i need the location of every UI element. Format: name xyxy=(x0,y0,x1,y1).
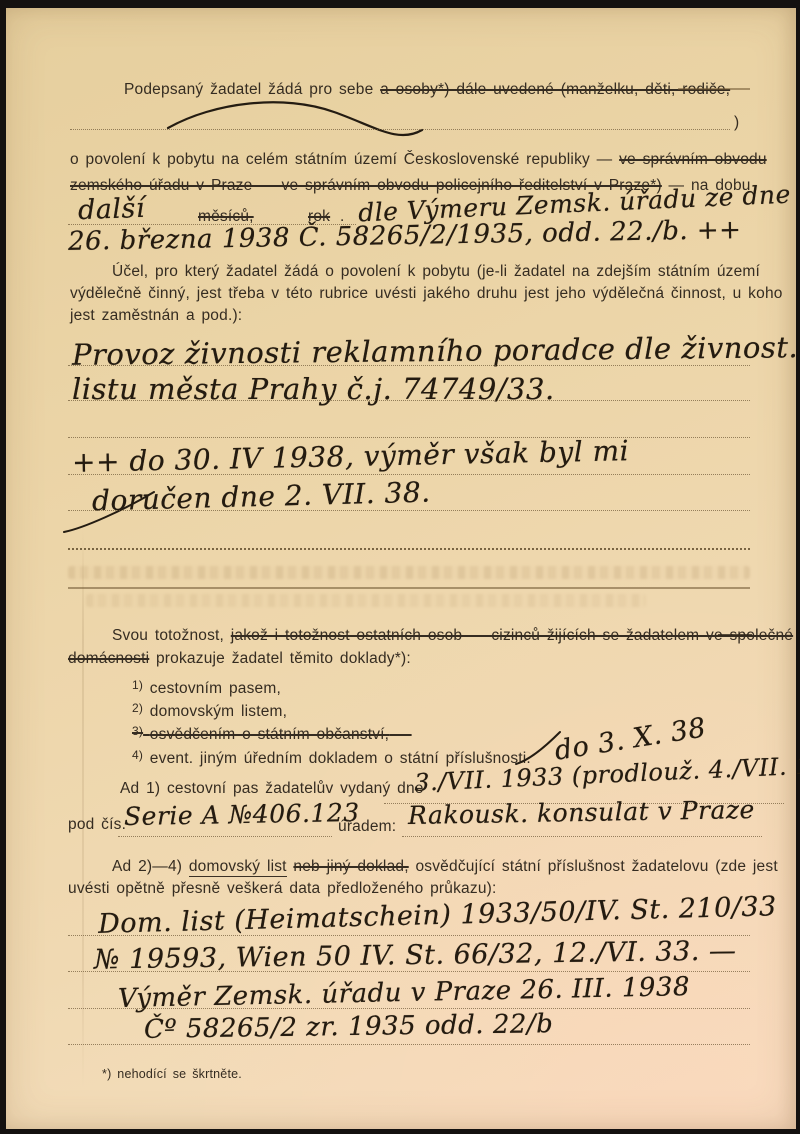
handwritten-serie: Serie A №406.123 xyxy=(124,798,360,831)
permit-line-1: o povolení k pobytu na celém státním úze… xyxy=(70,149,767,171)
item-number: 1) xyxy=(132,678,143,692)
handwritten-cancel-curve xyxy=(166,98,426,148)
strike-tail-line xyxy=(718,634,752,636)
pod-cis-label: pod čís. xyxy=(68,814,126,836)
dotted-line xyxy=(68,1008,750,1009)
list-item-struck: 3) osvědčením o státním občanství, — xyxy=(132,720,412,746)
bleed-through-text xyxy=(68,566,750,579)
handwritten-dom-2: № 19593, Wien 50 IV. St. 66/32, 12./VI. … xyxy=(94,936,737,976)
handwritten-dom-4: Čº 58265/2 zr. 1935 odd. 22/b xyxy=(144,1009,554,1045)
item-text: osvědčením o státním občanství, xyxy=(150,726,389,743)
dotted-line xyxy=(68,365,750,366)
ad24-struck: neb jiný doklad, xyxy=(293,858,408,875)
dotted-line xyxy=(68,548,750,550)
dotted-line xyxy=(118,836,332,837)
handwritten-vymer-date: 26. března 1938 Č. 58265/2/1935, odd. 22… xyxy=(68,215,742,257)
identity-l1-struck: jakož i totožnost ostatních osob — cizin… xyxy=(231,627,793,644)
handwritten-note-1: ++ do 30. IV 1938, výměr však byl mi xyxy=(72,434,630,479)
footnote: *) nehodící se škrtněte. xyxy=(102,1063,242,1085)
ad24-line-1: Ad 2)—4) domovský list neb jiný doklad, … xyxy=(112,856,778,878)
item-number: 4) xyxy=(132,748,143,762)
item-text: domovským listem, xyxy=(150,703,287,720)
purpose-line-3: jest zaměstnán a pod.): xyxy=(70,305,242,327)
ad24-line-2: uvésti opětně přesně veškerá data předlo… xyxy=(68,878,497,900)
handwritten-flourish xyxy=(514,730,562,766)
dotted-line xyxy=(68,510,750,511)
identity-line-1: Svou totožnost, jakož i totožnost ostatn… xyxy=(112,625,793,647)
permit-l1-normal: o povolení k pobytu na celém státním úze… xyxy=(70,151,612,168)
faint-rule-line xyxy=(68,587,750,589)
dotted-line xyxy=(402,836,762,837)
identity-l2-normal: prokazuje žadatel těmito doklady*): xyxy=(156,650,411,667)
handwritten-flourish xyxy=(62,488,157,534)
item-number: 3) xyxy=(132,724,143,738)
ad24-lead: Ad 2)—4) xyxy=(112,858,182,875)
handwritten-urad: Rakousk. konsulat v Praze xyxy=(408,795,755,830)
form-paper: Podepsaný žadatel žádá pro sebe a osoby*… xyxy=(6,8,796,1129)
uradem-label: úřadem: xyxy=(338,816,396,838)
paper-crease xyxy=(82,528,84,1088)
identity-l1-normal: Svou totožnost, xyxy=(112,627,224,644)
ad24-tail: osvědčující státní příslušnost žadatelov… xyxy=(415,858,777,875)
identity-line-2: domácnosti prokazuje žadatel těmito dokl… xyxy=(68,648,411,670)
identity-l2-struck: domácnosti xyxy=(68,650,149,667)
strike-tail-line xyxy=(678,88,750,90)
closing-paren: ) xyxy=(734,112,739,134)
purpose-line-1: Účel, pro který žadatel žádá o povolení … xyxy=(112,261,760,283)
handwritten-dalsi: další xyxy=(77,193,145,226)
ad24-underlined: domovský list xyxy=(189,858,287,877)
dotted-line xyxy=(68,400,750,401)
purpose-line-2: výdělečně činný, jest třeba v této rubri… xyxy=(70,283,783,305)
bleed-through-text xyxy=(86,594,646,607)
intro-struck: a osoby*) dále uvedené (manželku, děti, … xyxy=(380,81,730,98)
item-text: event. jiným úředním dokladem o státní p… xyxy=(150,750,531,767)
dotted-line xyxy=(68,971,750,972)
ad1-label: Ad 1) cestovní pas žadatelův vydaný dne xyxy=(120,778,424,800)
dotted-line xyxy=(68,474,750,475)
item-number: 2) xyxy=(132,701,143,715)
intro-lead: Podepsaný žadatel žádá pro sebe xyxy=(124,81,373,98)
permit-l1-struck: ve správním obvodu xyxy=(619,151,767,168)
scanned-form-page: { "doc": { "intro": { "lead": "Podepsaný… xyxy=(0,0,800,1134)
dotted-blank-line xyxy=(70,129,730,130)
item-text: cestovním pasem, xyxy=(150,680,281,697)
dotted-line xyxy=(68,1044,750,1045)
